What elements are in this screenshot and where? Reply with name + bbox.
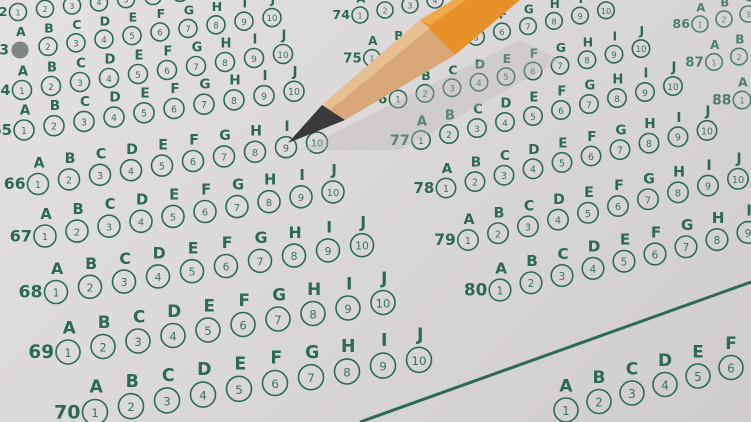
option-letter: D [126, 142, 138, 158]
bubble-number: 7 [683, 242, 690, 254]
bubble-number: 4 [101, 36, 107, 46]
bubble-number: 6 [239, 318, 246, 332]
option-letter: E [169, 186, 179, 203]
bubble-number: 5 [159, 162, 165, 173]
bubble-number: 4 [169, 329, 176, 343]
option-letter: C [162, 366, 175, 386]
bubble-number: 9 [344, 302, 351, 316]
bubble-number: 5 [170, 213, 176, 224]
bubble-number: 4 [555, 216, 561, 227]
bubble-number: 1 [42, 232, 48, 243]
bubble-number: 4 [502, 119, 508, 129]
option-letter: I [299, 167, 304, 184]
bubble-number: 3 [474, 125, 480, 135]
bubble-number: 1 [465, 236, 471, 247]
option-letter: F [222, 233, 233, 252]
option-letter: E [692, 342, 704, 362]
option-letter: G [192, 40, 203, 55]
option-letter: B [72, 201, 83, 218]
question-number: 70 [54, 401, 80, 422]
option-letter: J [735, 151, 741, 167]
bubble-number: 5 [530, 113, 536, 123]
option-letter: J [639, 23, 645, 38]
bubble-number: 6 [171, 104, 177, 115]
option-letter: A [356, 0, 365, 6]
bubble-number: 8 [213, 21, 219, 31]
bubble-number: 7 [586, 101, 592, 111]
bubble-number: 8 [614, 95, 620, 105]
option-letter: G [272, 284, 286, 304]
option-letter: H [212, 0, 223, 14]
option-letter: A [34, 156, 45, 172]
option-letter: E [234, 354, 246, 374]
bubble-number: 6 [499, 27, 504, 37]
option-letter: J [291, 64, 297, 80]
option-letter: I [284, 119, 289, 135]
option-letter: I [706, 158, 711, 174]
option-letter: H [264, 172, 276, 189]
option-letter: B [47, 60, 57, 75]
option-letter: I [613, 29, 618, 44]
bubble-number: 7 [274, 313, 281, 327]
option-letter: F [614, 178, 624, 194]
bubble-number: 4 [661, 379, 669, 393]
bubble-number: 4 [199, 389, 207, 403]
option-letter: I [243, 0, 248, 10]
option-letter: E [620, 230, 630, 248]
bubble-number: 6 [202, 208, 208, 219]
option-letter: B [126, 372, 139, 392]
bubble-number: 5 [141, 109, 147, 120]
bottom-section: A1B2C3D4E5F6G7H8 [554, 317, 751, 422]
bubble-number: 7 [645, 195, 651, 206]
bubble-number: 2 [595, 396, 603, 410]
bubble-number: 6 [223, 261, 230, 274]
option-letter: I [579, 0, 584, 6]
question-number: 69 [28, 342, 54, 363]
answer-sheet-photo: 62A1B2C3D4E5F6G7H8I9J1063AB2C3D4E5F6G7H8… [0, 0, 751, 422]
question-number: 86 [672, 16, 690, 31]
option-letter: B [50, 98, 60, 114]
option-letter: E [158, 137, 168, 153]
option-letter: G [219, 128, 231, 144]
option-letter: I [643, 67, 648, 82]
option-letter: B [381, 0, 390, 1]
question-number: 87 [685, 55, 703, 70]
bubble-number: 6 [727, 362, 735, 376]
option-letter: D [136, 191, 148, 208]
question-row: 70A1B2C3D4E5F6G7H8I9J10 [54, 325, 431, 422]
bubble-number: 2 [127, 400, 135, 414]
question-number: 68 [18, 283, 42, 303]
option-letter: E [558, 135, 567, 151]
bubble-number: 10 [636, 45, 647, 55]
bubble-number: 3 [106, 222, 112, 233]
option-letter: A [442, 161, 453, 177]
bubble-number: 1 [35, 180, 41, 191]
bubble-number: 1 [357, 11, 362, 20]
option-letter: D [105, 52, 116, 67]
bubble-number: 6 [652, 249, 659, 261]
option-letter: C [626, 359, 638, 379]
bubble-number: 7 [307, 371, 315, 385]
question-number: 67 [10, 226, 32, 245]
option-letter: H [644, 116, 655, 132]
option-letter: G [305, 343, 319, 363]
bubble-number: 8 [343, 365, 351, 379]
bubble-number: 9 [611, 51, 617, 61]
option-letter: G [232, 177, 244, 194]
option-letter: H [712, 209, 725, 227]
question-number: 64 [0, 83, 11, 99]
option-letter: D [658, 351, 672, 371]
option-letter: G [524, 2, 534, 16]
bubble-number: 4 [106, 75, 112, 85]
bubble-number: 5 [189, 266, 196, 279]
option-letter: G [255, 228, 268, 247]
bubble-number: 8 [222, 59, 228, 69]
option-letter: A [16, 24, 26, 39]
question-number: 63 [0, 43, 9, 59]
option-letter: G [681, 216, 694, 234]
option-letter: E [134, 48, 143, 63]
bubble-number: 3 [97, 171, 103, 182]
bubble-number: 9 [283, 143, 289, 154]
option-letter: J [416, 325, 423, 345]
bubble-number: 3 [121, 276, 128, 289]
bubble-number: 6 [164, 67, 170, 77]
question-number: 62 [0, 4, 8, 19]
bubble-number: 10 [376, 296, 391, 310]
bubble-number: 2 [48, 83, 54, 93]
bubble-number: 8 [714, 235, 721, 247]
question-number: 80 [464, 281, 487, 300]
bubble-number: 7 [257, 255, 264, 268]
bubble-number: 2 [495, 229, 501, 240]
bubble-number: 6 [558, 107, 564, 117]
option-letter: B [98, 312, 111, 332]
option-letter: D [588, 238, 601, 256]
option-letter: B [593, 368, 606, 388]
bubble-number: 1 [19, 87, 25, 97]
option-letter: G [556, 40, 566, 55]
bubble-number: 9 [261, 92, 267, 103]
bubble-number: 2 [528, 278, 535, 290]
bubble-number: 3 [77, 79, 83, 89]
bubble-number: 7 [201, 100, 207, 111]
bubble-number: 5 [694, 370, 702, 384]
option-letter: H [341, 337, 356, 357]
option-letter: H [289, 223, 302, 242]
bubble-number: 10 [667, 83, 679, 93]
bubble-number: 3 [134, 335, 141, 349]
bubble-number: 10 [277, 51, 289, 61]
option-letter: B [720, 0, 729, 10]
bubble-number: 3 [69, 2, 74, 11]
option-letter: B [65, 151, 76, 167]
option-letter: C [557, 245, 568, 263]
option-letter: J [359, 212, 366, 231]
bubble-number: 9 [298, 193, 304, 204]
option-letter: A [368, 34, 378, 48]
bubble-number: 7 [557, 62, 563, 72]
bubble-number: 1 [64, 346, 71, 360]
bubble-number: 7 [617, 146, 623, 157]
option-letter: G [585, 79, 596, 94]
bubble-number: 3 [73, 39, 79, 49]
option-letter: C [80, 94, 90, 110]
option-letter: A [20, 103, 31, 119]
bubble-number: 3 [81, 117, 87, 128]
option-letter: A [559, 376, 573, 396]
question-row: 80A1B2C3D4E5F6G7H8I9J10 [464, 194, 751, 300]
option-letter: D [167, 301, 181, 321]
bubble-number: 9 [745, 228, 751, 240]
bubble-number: 2 [87, 281, 94, 294]
option-letter: A [14, 0, 23, 2]
option-letter: E [188, 238, 199, 257]
bubble-number: 8 [231, 96, 237, 107]
option-letter: A [90, 378, 104, 398]
option-letter: H [612, 73, 623, 88]
bubble-number: 1 [53, 287, 60, 300]
bubble-number: 10 [411, 354, 426, 368]
option-letter: E [584, 185, 594, 201]
option-letter: A [63, 317, 76, 337]
bubble-number: 1 [443, 184, 449, 195]
option-letter: I [346, 273, 352, 293]
option-letter: H [550, 0, 560, 11]
bubble-number: 6 [588, 152, 594, 163]
bubble-number: 5 [559, 158, 565, 169]
bubble-number: 8 [646, 139, 652, 150]
bubble-number: 8 [266, 198, 272, 209]
bubble-number: 2 [382, 6, 387, 15]
option-letter: F [238, 290, 249, 310]
bubble-number: 3 [628, 387, 636, 401]
option-letter: G [199, 77, 210, 93]
option-letter: F [587, 129, 596, 145]
option-letter: H [220, 36, 231, 51]
option-letter: C [745, 0, 751, 5]
filled-bubble[interactable] [11, 41, 28, 58]
answer-bubble[interactable] [172, 0, 189, 1]
bubble-number: 5 [235, 383, 243, 397]
option-letter: D [500, 97, 511, 112]
bubble-number: 4 [96, 0, 101, 8]
option-letter: I [676, 110, 681, 126]
bubble-number: 2 [66, 175, 72, 186]
bubble-number: 8 [252, 148, 258, 159]
option-letter: D [100, 13, 110, 28]
option-letter: C [133, 306, 145, 326]
option-letter: E [129, 10, 138, 25]
option-letter: B [735, 33, 744, 47]
bubble-number: 5 [585, 209, 591, 220]
bubble-number: 3 [525, 222, 531, 233]
bubble-number: 9 [325, 245, 332, 258]
option-letter: J [270, 0, 276, 7]
bubble-number: 4 [432, 0, 437, 5]
option-letter: D [153, 244, 166, 263]
option-letter: D [553, 192, 565, 208]
option-letter: H [673, 165, 685, 181]
question-number: 78 [414, 179, 435, 197]
option-letter: D [528, 142, 539, 158]
question-row: 86A1B2C3D4E5F6G7H8I9J10 [672, 0, 751, 32]
bubble-number: 9 [577, 11, 582, 21]
bubble-number: 6 [190, 157, 196, 168]
bubble-number: 9 [675, 133, 681, 144]
bubble-number: 9 [241, 18, 247, 28]
question-number: 75 [343, 51, 361, 66]
bubble-number: 7 [193, 63, 199, 73]
option-letter: D [197, 360, 211, 380]
question-number: 65 [0, 121, 12, 139]
bubble-number: 9 [642, 89, 648, 99]
option-letter: A [696, 1, 705, 15]
option-letter: F [651, 223, 661, 241]
bubble-number: 3 [501, 171, 507, 182]
bubble-number: 8 [551, 16, 556, 26]
option-letter: J [704, 103, 710, 119]
bubble-number: 7 [234, 203, 240, 214]
option-letter: E [140, 85, 149, 101]
option-letter: B [494, 205, 505, 221]
question-number: 88 [712, 93, 731, 109]
option-letter: A [18, 64, 29, 79]
bubble-number: 2 [42, 5, 47, 14]
option-letter: E [203, 295, 214, 315]
option-letter: B [44, 20, 54, 35]
bubble-number: 7 [185, 25, 191, 35]
bubble-number: 9 [705, 182, 711, 193]
option-letter: F [170, 81, 179, 97]
question-number: 74 [332, 7, 350, 22]
option-letter: F [201, 181, 211, 198]
option-letter: I [326, 218, 332, 237]
option-letter: J [330, 162, 336, 179]
bubble-number: 7 [221, 152, 227, 163]
option-letter: C [105, 196, 116, 213]
question-row: 69A1B2C3D4E5F6G7H8I9J10 [28, 268, 395, 364]
question-row: A1B2C3D4E5F6G7H8 [554, 317, 751, 422]
option-letter: A [710, 38, 720, 52]
option-letter: G [615, 123, 626, 139]
option-letter: A [738, 75, 748, 90]
bubble-number: 1 [497, 285, 504, 297]
bubble-number: 9 [379, 360, 387, 374]
option-letter: F [270, 349, 282, 369]
option-letter: H [307, 279, 321, 299]
bubble-number: 7 [525, 22, 530, 32]
bubble-number: 3 [163, 394, 171, 408]
option-letter: G [184, 2, 194, 17]
bubble-number: 10 [288, 87, 300, 98]
bubble-number: 4 [138, 218, 144, 229]
bubble-number: 2 [721, 15, 726, 24]
bubble-number: 10 [732, 175, 744, 186]
left-column: 62A1B2C3D4E5F6G7H8I9J1063AB2C3D4E5F6G7H8… [0, 0, 432, 422]
bubble-number: 4 [530, 165, 536, 176]
option-letter: F [189, 133, 199, 149]
bubble-number: 2 [472, 178, 478, 189]
option-letter: J [670, 61, 676, 76]
bubble-number: 10 [701, 126, 713, 137]
option-letter: J [380, 268, 387, 288]
bubble-number: 1 [562, 404, 570, 418]
bubble-number: 8 [675, 188, 681, 199]
bubble-number: 3 [407, 1, 412, 10]
option-letter: I [253, 32, 258, 47]
option-letter: F [157, 6, 166, 21]
option-letter: I [262, 68, 267, 84]
bubble-number: 2 [45, 43, 51, 53]
bubble-number: 2 [446, 131, 452, 141]
bubble-number: 10 [327, 188, 340, 199]
bubble-number: 6 [271, 377, 279, 391]
option-letter: I [381, 331, 387, 351]
bubble-number: 2 [736, 52, 741, 62]
bubble-number: 5 [621, 257, 628, 269]
option-letter: G [643, 171, 655, 187]
bubble-number: 6 [615, 202, 621, 213]
bubble-number: 6 [157, 29, 163, 39]
bubble-number: 10 [601, 6, 612, 16]
option-letter: B [85, 254, 97, 273]
question-number: 66 [4, 175, 26, 193]
option-letter: C [76, 56, 86, 71]
bubble-number: 4 [590, 264, 597, 276]
bubble-number: 1 [739, 97, 745, 107]
bubble-number: 4 [128, 166, 134, 177]
question-row: 88A1B2C3D4E5F6G7H8I9J10 [712, 22, 751, 108]
bubble-number: 2 [51, 122, 57, 133]
option-letter: B [471, 155, 481, 171]
bubble-number: 9 [251, 55, 257, 65]
option-letter: F [163, 44, 172, 59]
bubble-number: 3 [559, 271, 566, 283]
option-letter: F [557, 85, 566, 100]
bubble-number: 4 [111, 113, 117, 124]
bubble-number: 2 [74, 227, 80, 238]
question-number: 79 [434, 231, 456, 249]
option-letter: B [526, 252, 538, 270]
bubble-number: 1 [697, 20, 702, 29]
bubble-number: 10 [355, 240, 369, 253]
bubble-number: 4 [155, 271, 162, 284]
bubble-number: 5 [135, 71, 141, 81]
right-column: 86A1B2C3D4E5F6G7H8I9J1087A1B2C3D4E5F6G7H… [672, 0, 751, 109]
bubble-number: 8 [309, 307, 316, 321]
bubble-number: 3 [745, 10, 750, 19]
bubble-number: 2 [99, 340, 106, 354]
option-letter: C [72, 17, 81, 32]
bubble-number: 10 [267, 14, 278, 24]
bubble-number: 5 [129, 32, 135, 42]
option-letter: H [250, 124, 262, 140]
answer-sheet-illustration: 62A1B2C3D4E5F6G7H8I9J1063AB2C3D4E5F6G7H8… [0, 0, 751, 422]
option-letter: J [281, 28, 287, 43]
option-letter: A [51, 259, 64, 278]
option-letter: I [746, 202, 751, 220]
option-letter: A [464, 212, 475, 228]
bubble-number: 5 [204, 324, 211, 338]
option-letter: C [119, 249, 131, 268]
bubble-number: 1 [21, 126, 27, 137]
option-letter: F [725, 334, 737, 354]
option-letter: A [495, 259, 507, 277]
